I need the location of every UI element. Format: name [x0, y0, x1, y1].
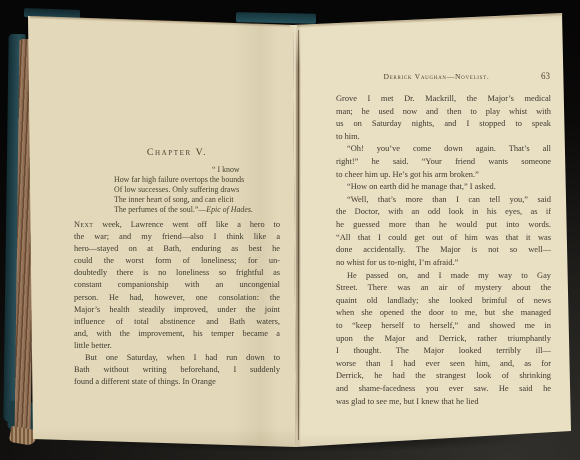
text-line: found a different state of things. In Or…	[74, 376, 280, 388]
text-line: and shame-facedness you ever saw. He sai…	[336, 383, 551, 396]
chapter-heading: Chapter V.	[74, 147, 280, 158]
text-line: But one Saturday, when I had run down to	[74, 352, 280, 364]
text-line: to cheer him up. He’s got his arm broken…	[336, 169, 551, 182]
text-line: us on Saturday nights, and I stopped to …	[336, 118, 551, 131]
text-line: the war; and my friend—also I think like…	[74, 231, 280, 243]
book-cover-top-edge	[236, 12, 316, 24]
text-line: constant companionship with an uncongeni…	[74, 279, 280, 291]
paragraph: “How on earth did he manage that,” I ask…	[336, 181, 551, 194]
text-line: when she opened the door to me, but she …	[336, 307, 551, 320]
text-line: He passed on, and I made my way to Gay	[336, 270, 551, 283]
text-line: “How on earth did he manage that,” I ask…	[336, 181, 551, 194]
right-page-text: Derrick Vaughan—Novelist. 63 Grove I met…	[336, 72, 551, 412]
text-line: The perfumes of the soul.”—Epic of Hades…	[114, 205, 270, 215]
text-line: the Doctor, with an odd look in his eyes…	[336, 206, 551, 219]
text-line: done accidentally. The Major is not so w…	[336, 244, 551, 257]
text-line: influence of total abstinence and Bath w…	[74, 316, 280, 328]
text-line: Grove I met Dr. Mackrill, the Major’s me…	[336, 93, 551, 106]
left-page-text: Chapter V. “ I knowHow far high failure …	[74, 140, 280, 400]
text-line: Derrick, he had the strangest look of sh…	[336, 370, 551, 383]
text-line: How far high failure overtops the bounds	[114, 175, 270, 185]
text-line: and, with the improvement, his temper be…	[74, 328, 280, 340]
text-line: quaint old landlady; she looked brimful …	[336, 295, 551, 308]
text-line: Next week, Lawrence went off like a hero…	[74, 219, 280, 231]
text-line: doubtedly there is no loneliness so frig…	[74, 267, 280, 279]
gutter-crease-line	[298, 30, 299, 440]
text-line: man; he used now and then to play whist …	[336, 106, 551, 119]
text-line: hero—stayed on at Bath, enduring as best…	[74, 243, 280, 255]
smallcaps-word: Next	[74, 220, 93, 229]
paragraph: “Oh! you’ve come down again. That’s allr…	[336, 143, 551, 181]
text-line: no whist for us to-night, I’m afraid.”	[336, 257, 551, 270]
right-page-body: Grove I met Dr. Mackrill, the Major’s me…	[336, 93, 551, 408]
text-line: upon the Major and Derrick, rather trium…	[336, 333, 551, 346]
text-line: “Oh! you’ve come down again. That’s all	[336, 143, 551, 156]
text-line: to “keep herself to herself,” and showed…	[336, 320, 551, 333]
epigraph: “ I knowHow far high failure overtops th…	[114, 165, 270, 215]
text-line: could the worst form of loneliness; for …	[74, 255, 280, 267]
text-line: The inner heart of song, and can elicit	[114, 195, 270, 205]
book-photo: Chapter V. “ I knowHow far high failure …	[0, 0, 580, 460]
text-line: I thought. The Major looked terribly ill…	[336, 345, 551, 358]
text-line: Street. There was an air of mystery abou…	[336, 282, 551, 295]
text-line: to him.	[336, 131, 551, 144]
running-head: Derrick Vaughan—Novelist.	[336, 72, 551, 81]
paragraph: “Well, that’s more than I can tell you,”…	[336, 194, 551, 270]
paragraph: Next week, Lawrence went off like a hero…	[74, 219, 280, 352]
paragraph: But one Saturday, when I had run down to…	[74, 352, 280, 388]
text-line: person. He had, however, one consolation…	[74, 292, 280, 304]
left-page-body: Next week, Lawrence went off like a hero…	[74, 219, 280, 388]
text-line: worse than I had ever seen him, and, as …	[336, 358, 551, 371]
text-line: he guessed more than he would put into w…	[336, 219, 551, 232]
text-line: “Well, that’s more than I can tell you,”…	[336, 194, 551, 207]
text-line: Of low successes. Only suffering draws	[114, 185, 270, 195]
text-line: Bath without writing beforehand, I sudde…	[74, 364, 280, 376]
paragraph: He passed on, and I made my way to GaySt…	[336, 270, 551, 409]
text-line: Major’s health steadily improved, under …	[74, 304, 280, 316]
paragraph: Grove I met Dr. Mackrill, the Major’s me…	[336, 93, 551, 143]
text-line: was glad to see me, but I knew that he l…	[336, 396, 551, 409]
text-line: right!” he said. “Your friend wants some…	[336, 156, 551, 169]
text-line: little better.	[74, 340, 280, 352]
epigraph-attribution: Epic of Hades.	[206, 205, 253, 214]
text-line: “All that I could get out of him was tha…	[336, 232, 551, 245]
text-line: “ I know	[114, 165, 270, 175]
page-number: 63	[541, 71, 550, 81]
running-head-row: Derrick Vaughan—Novelist. 63	[336, 72, 551, 84]
